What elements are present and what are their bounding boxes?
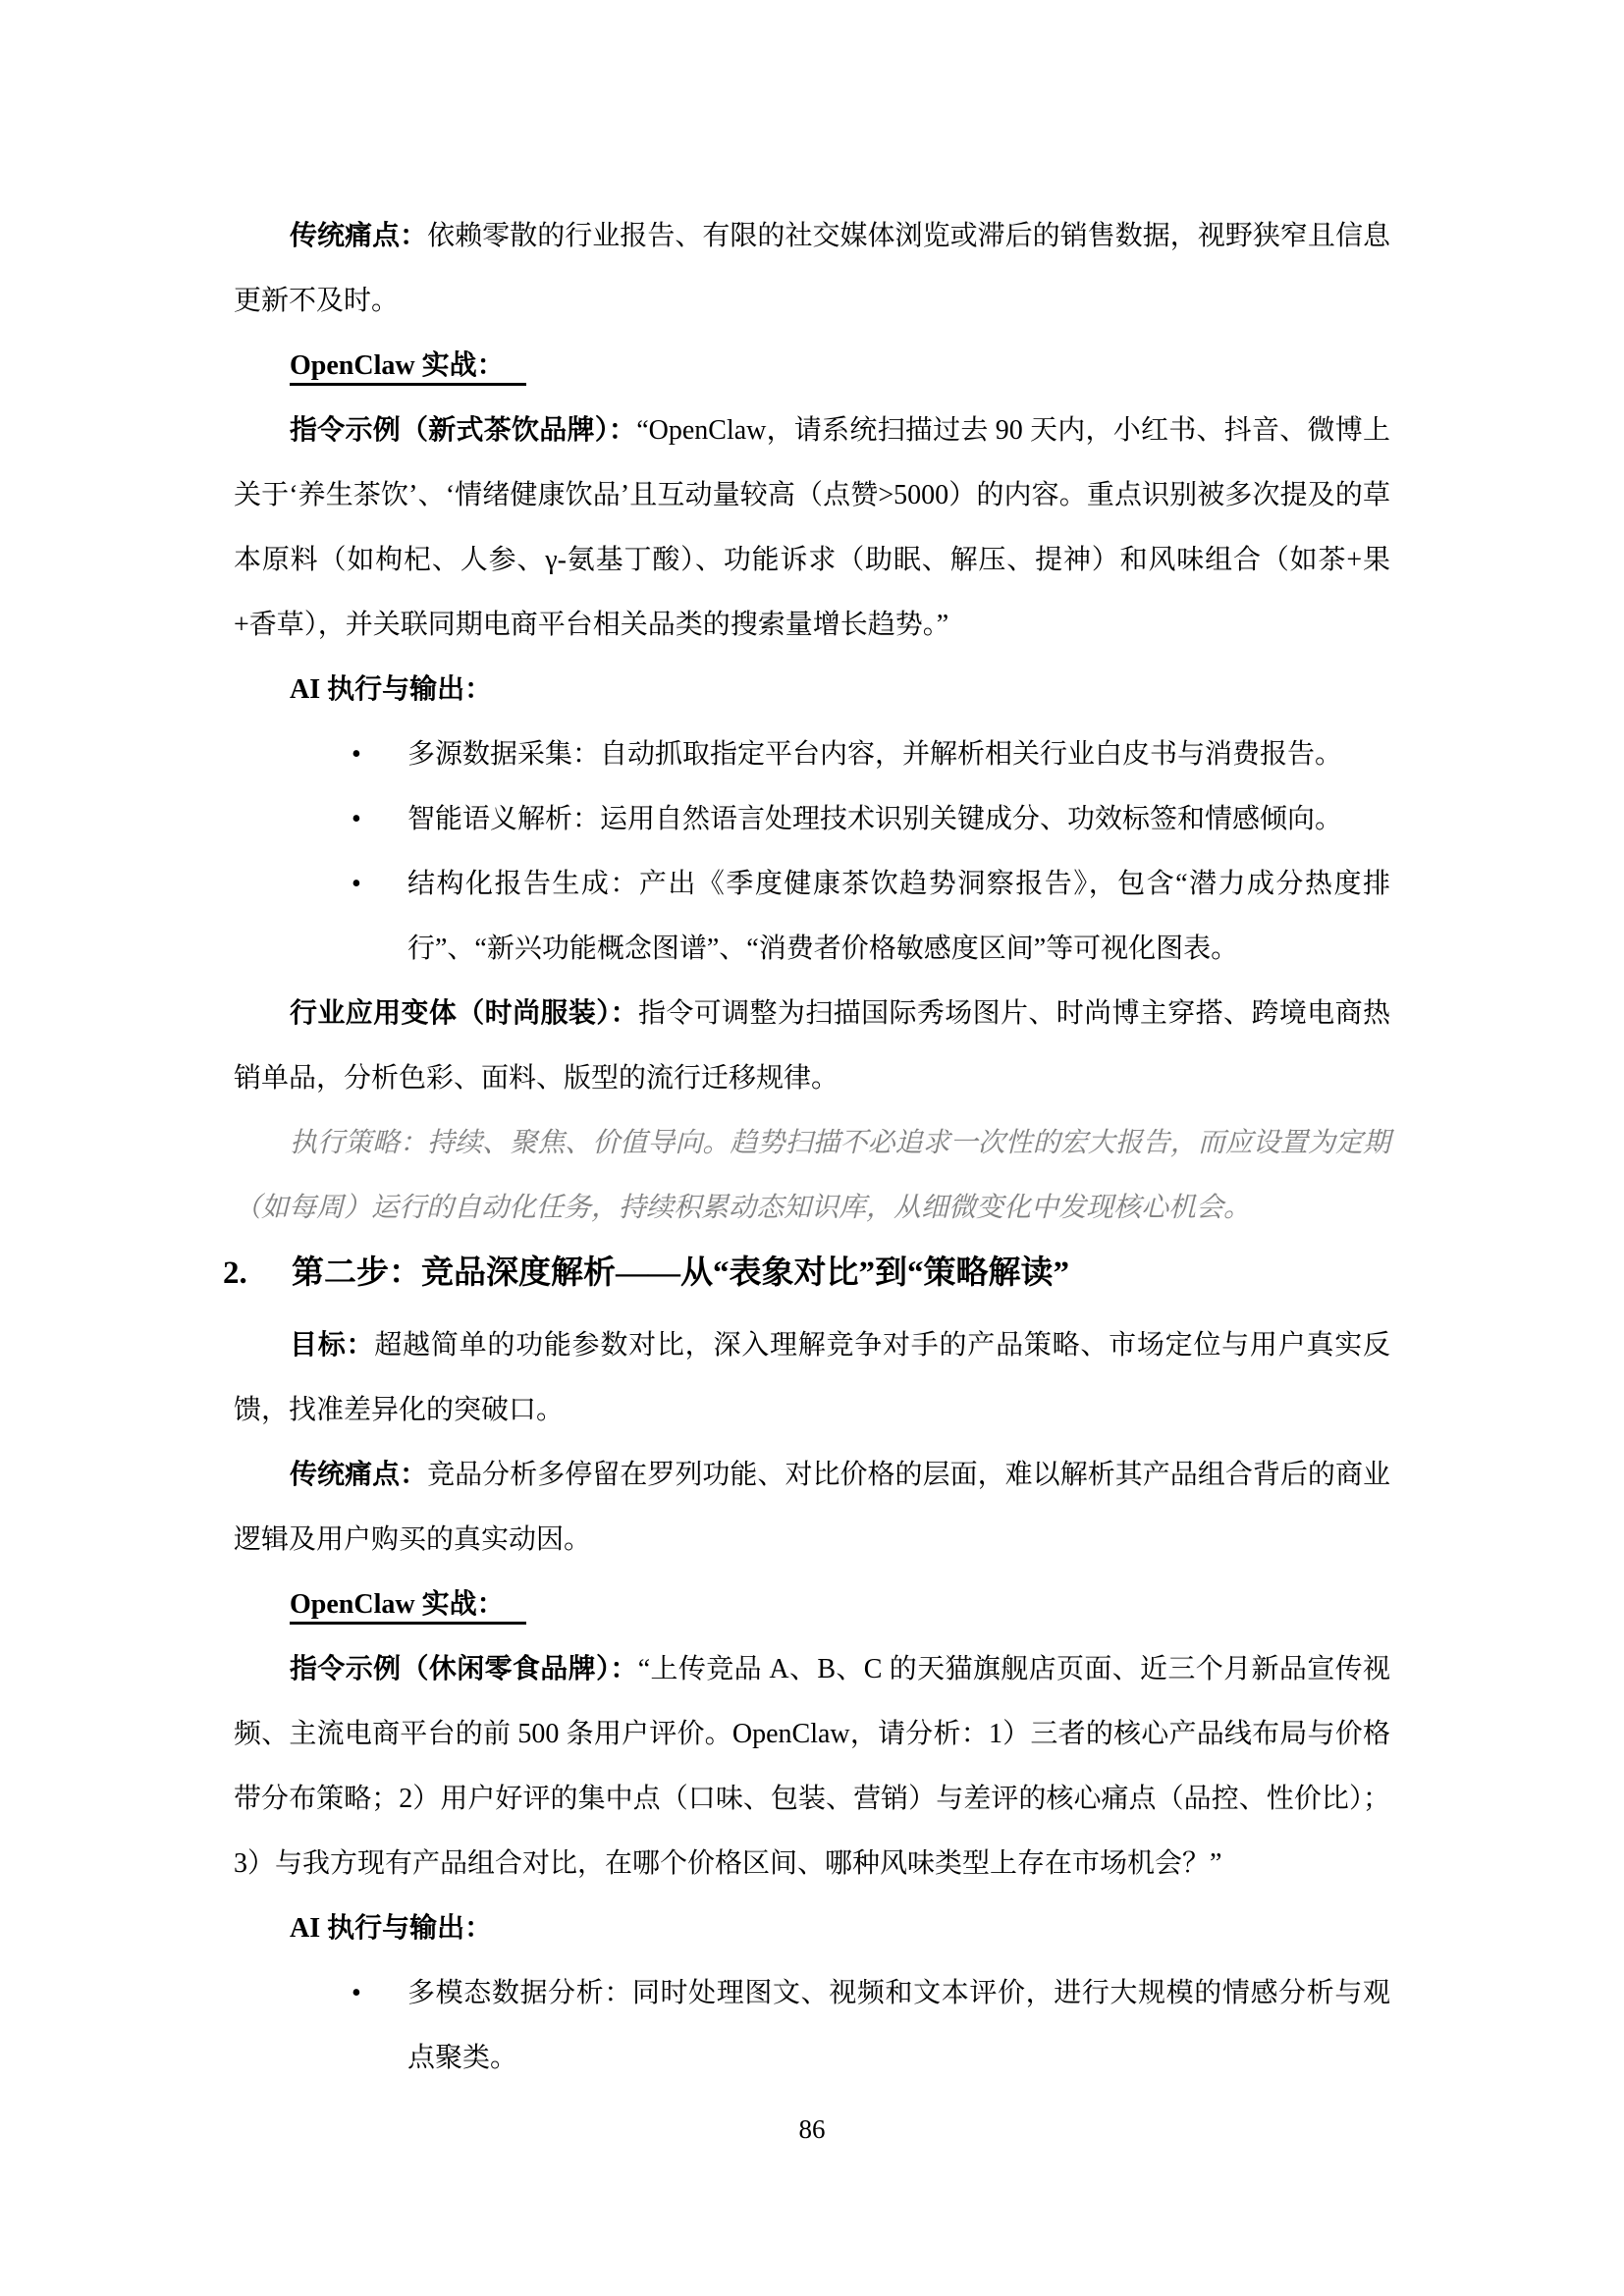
paragraph-example-snack-brand: 指令示例（休闲零食品牌）：“上传竞品 A、B、C 的天猫旗舰店页面、近三个月新品…: [234, 1637, 1390, 1896]
paragraph-text: 超越简单的功能参数对比，深入理解竞争对手的产品策略、市场定位与用户真实反馈，找准…: [234, 1330, 1390, 1425]
ai-output-label-text: AI 执行与输出：: [290, 1913, 492, 1944]
section-heading-step-2: 2.第二步：竞品深度解析——从“表象对比”到“策略解读”: [223, 1241, 1390, 1306]
bullet-item-multi-source: 多源数据采集：自动抓取指定平台内容，并解析相关行业白皮书与消费报告。: [234, 722, 1390, 787]
section-heading-text: 第二步：竞品深度解析——从“表象对比”到“策略解读”: [292, 1255, 1069, 1291]
bullet-item-structured-report: 结构化报告生成：产出《季度健康茶饮趋势洞察报告》，包含“潜力成分热度排行”、“新…: [234, 852, 1390, 982]
paragraph-traditional-pain-2: 传统痛点：竞品分析多停留在罗列功能、对比价格的层面，难以解析其产品组合背后的商业…: [234, 1443, 1390, 1573]
openclaw-practice-label-text: OpenClaw 实战：: [290, 1589, 526, 1625]
bullet-text: 结构化报告生成：产出《季度健康茶饮趋势洞察报告》，包含“潜力成分热度排行”、“新…: [407, 869, 1390, 964]
bullet-item-semantic-parsing: 智能语义解析：运用自然语言处理技术识别关键成分、功效标签和情感倾向。: [234, 787, 1390, 852]
paragraph-text: “OpenClaw，请系统扫描过去 90 天内，小红书、抖音、微博上关于‘养生茶…: [234, 415, 1390, 640]
bullet-text: 智能语义解析：运用自然语言处理技术识别关键成分、功效标签和情感倾向。: [407, 804, 1342, 834]
paragraph-lead: 传统痛点：: [290, 1460, 427, 1490]
section-heading-number: 2.: [223, 1241, 292, 1306]
paragraph-example-tea-brand: 指令示例（新式茶饮品牌）：“OpenClaw，请系统扫描过去 90 天内，小红书…: [234, 399, 1390, 658]
strategy-note: 执行策略：持续、聚焦、价值导向。趋势扫描不必追求一次性的宏大报告，而应设置为定期…: [234, 1111, 1390, 1241]
openclaw-practice-label-text: OpenClaw 实战：: [290, 350, 526, 386]
openclaw-practice-label-2: OpenClaw 实战：: [234, 1573, 1390, 1637]
ai-output-label-1: AI 执行与输出：: [234, 658, 1390, 722]
bullet-item-multimodal: 多模态数据分析：同时处理图文、视频和文本评价，进行大规模的情感分析与观点聚类。: [234, 1961, 1390, 2091]
paragraph-lead: 目标：: [290, 1330, 374, 1361]
paragraph-traditional-pain-1: 传统痛点：依赖零散的行业报告、有限的社交媒体浏览或滞后的销售数据，视野狭窄且信息…: [234, 204, 1390, 334]
paragraph-text: “上传竞品 A、B、C 的天猫旗舰店页面、近三个月新品宣传视频、主流电商平台的前…: [234, 1654, 1390, 1879]
page-number: 86: [0, 2109, 1624, 2149]
openclaw-practice-label-1: OpenClaw 实战：: [234, 334, 1390, 399]
ai-output-label-text: AI 执行与输出：: [290, 674, 492, 705]
paragraph-lead: 指令示例（休闲零食品牌）：: [290, 1654, 638, 1684]
bullet-text: 多模态数据分析：同时处理图文、视频和文本评价，进行大规模的情感分析与观点聚类。: [407, 1978, 1390, 2073]
paragraph-lead: 指令示例（新式茶饮品牌）：: [290, 415, 636, 446]
paragraph-lead: 行业应用变体（时尚服装）：: [290, 998, 638, 1029]
page-content: 传统痛点：依赖零散的行业报告、有限的社交媒体浏览或滞后的销售数据，视野狭窄且信息…: [234, 204, 1390, 2091]
bullet-list-1: 多源数据采集：自动抓取指定平台内容，并解析相关行业白皮书与消费报告。 智能语义解…: [234, 722, 1390, 982]
document-page: 传统痛点：依赖零散的行业报告、有限的社交媒体浏览或滞后的销售数据，视野狭窄且信息…: [0, 0, 1624, 2296]
paragraph-industry-variant: 行业应用变体（时尚服装）：指令可调整为扫描国际秀场图片、时尚博主穿搭、跨境电商热…: [234, 982, 1390, 1111]
paragraph-goal: 目标：超越简单的功能参数对比，深入理解竞争对手的产品策略、市场定位与用户真实反馈…: [234, 1313, 1390, 1443]
paragraph-lead: 传统痛点：: [290, 221, 427, 251]
bullet-text: 多源数据采集：自动抓取指定平台内容，并解析相关行业白皮书与消费报告。: [407, 739, 1342, 770]
bullet-list-2: 多模态数据分析：同时处理图文、视频和文本评价，进行大规模的情感分析与观点聚类。: [234, 1961, 1390, 2091]
ai-output-label-2: AI 执行与输出：: [234, 1896, 1390, 1961]
